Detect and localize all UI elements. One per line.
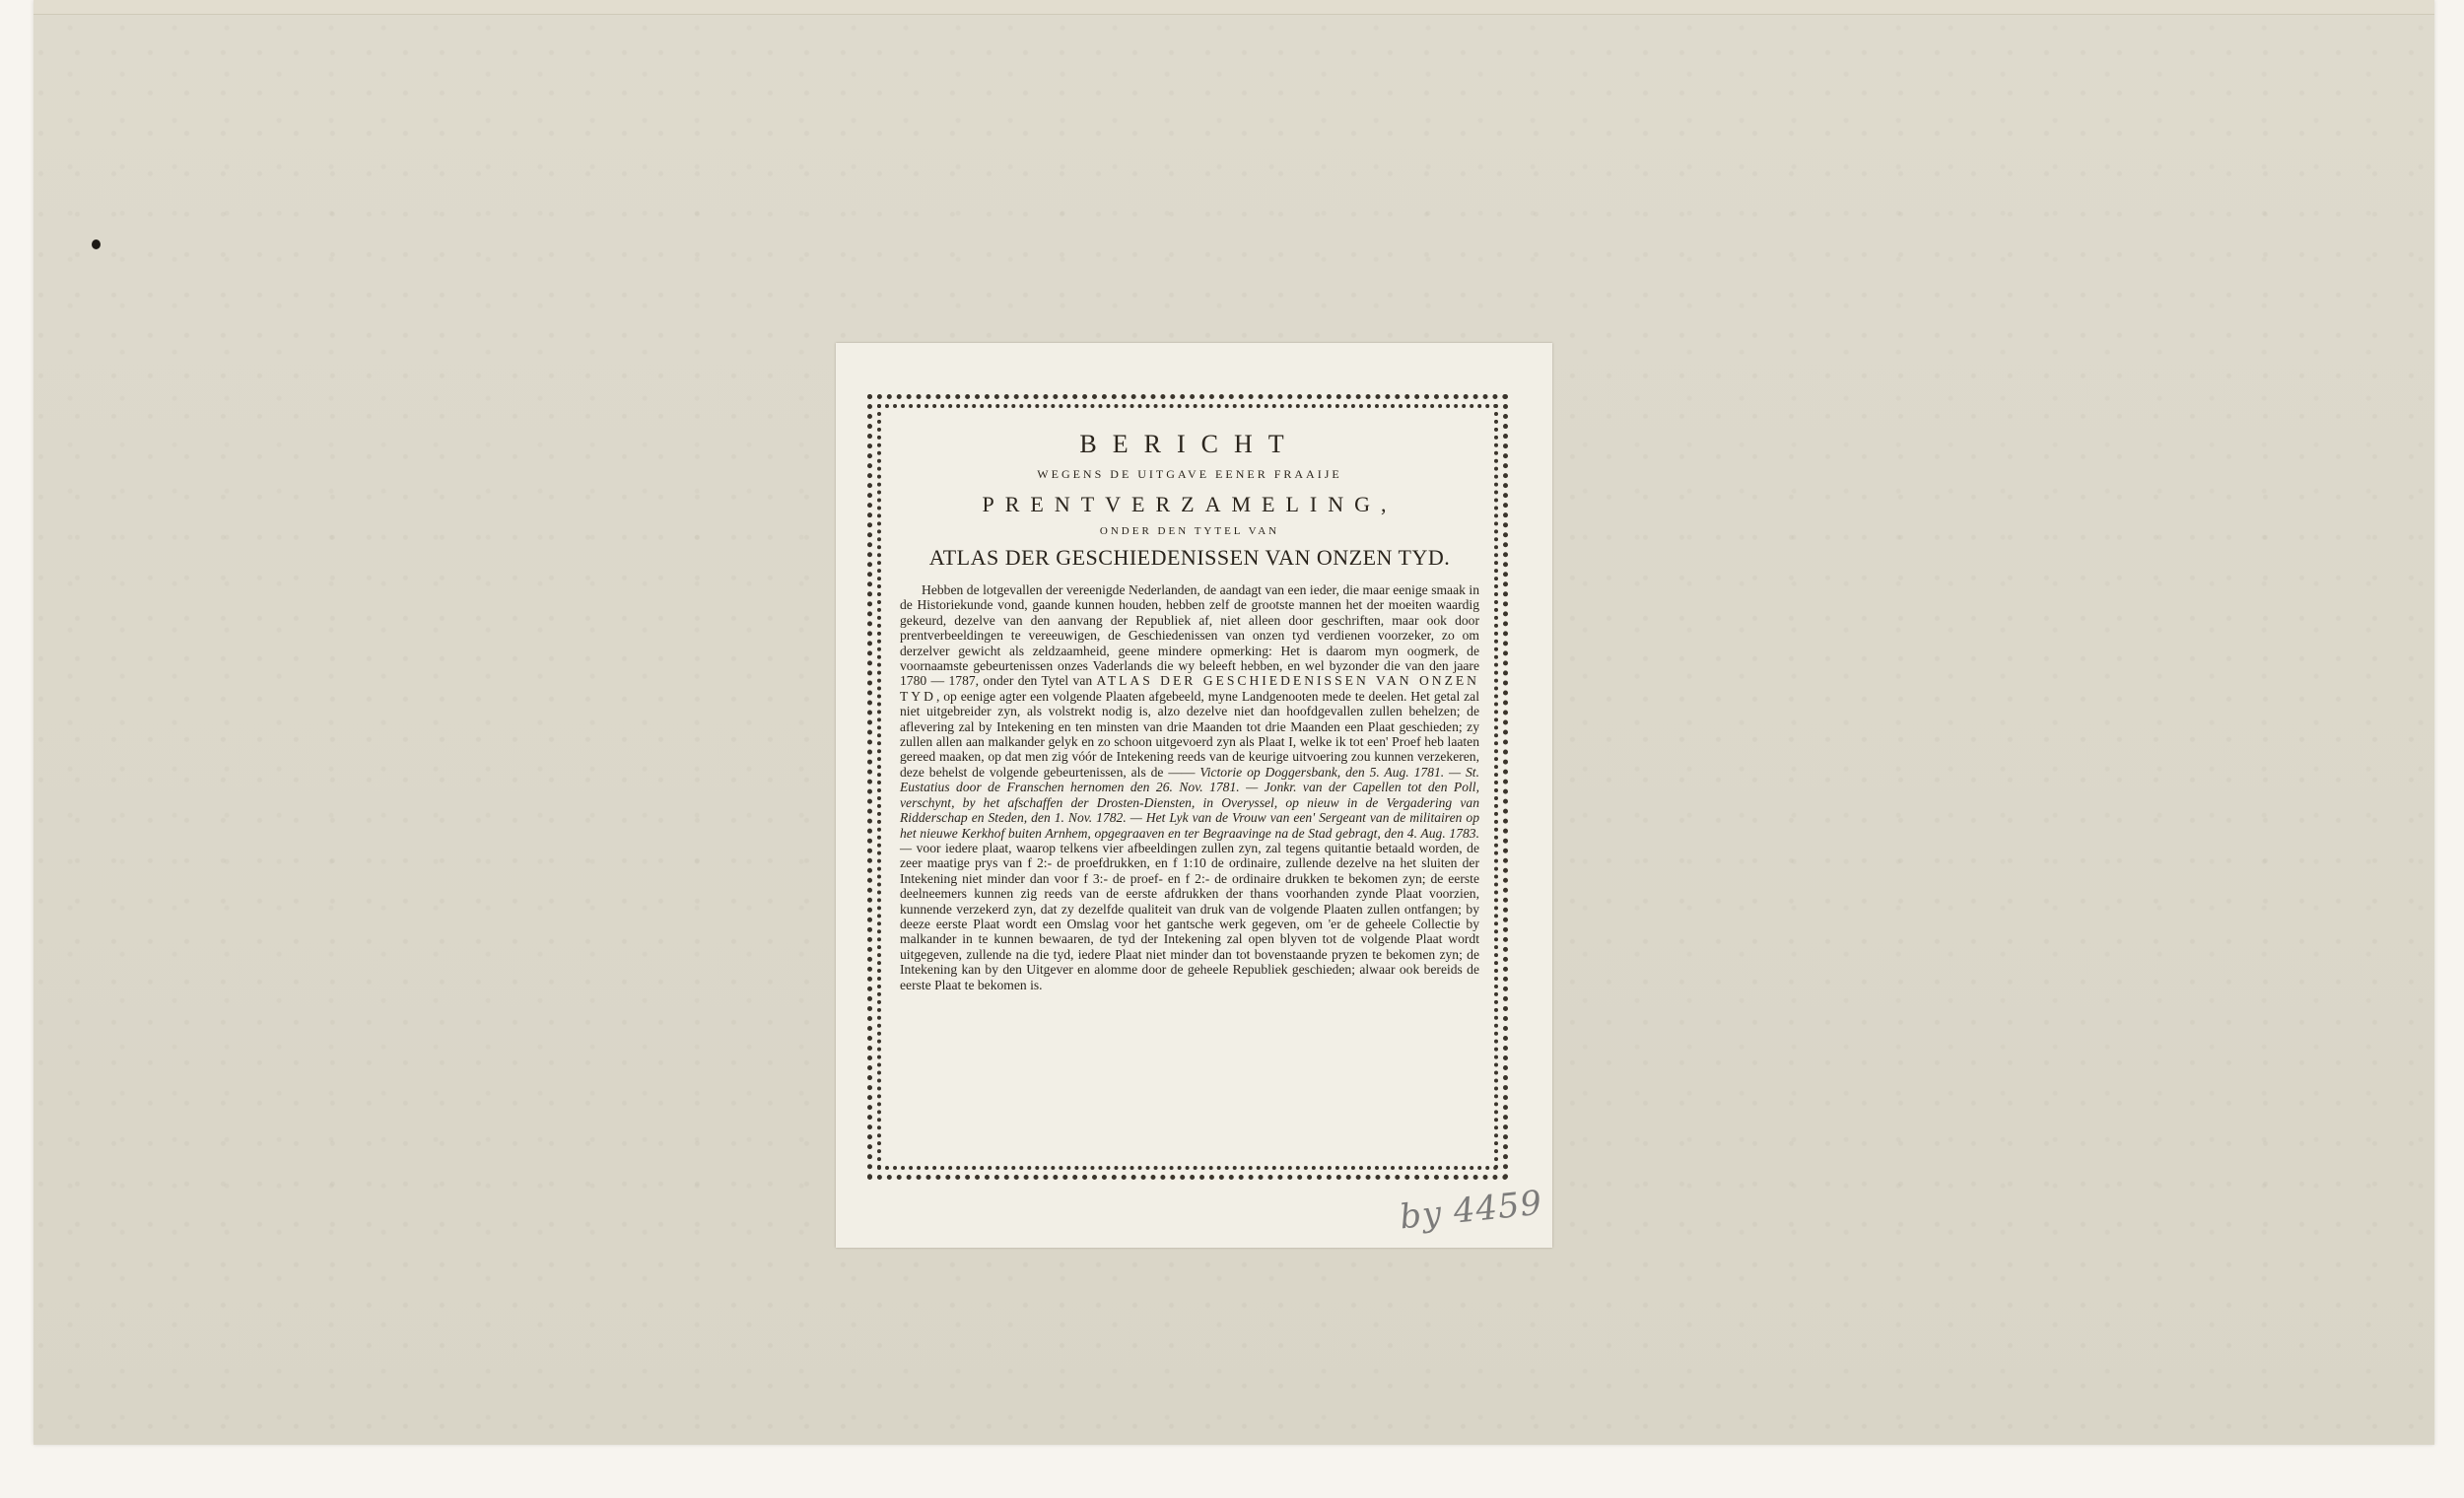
notice-subtitle-4: ATLAS DER GESCHIEDENISSEN VAN ONZEN TYD.	[900, 545, 1479, 571]
notice-body: Hebben de lotgevallen der vereenigde Ned…	[900, 582, 1479, 992]
body-part-1: Hebben de lotgevallen der vereenigde Ned…	[900, 582, 1479, 688]
printed-notice-sheet: BERICHT WEGENS DE UITGAVE EENER FRAAIJE …	[836, 343, 1552, 1248]
body-part-3: voor iedere plaat, waarop telkens vier a…	[900, 841, 1479, 992]
mount-fold-edge	[34, 0, 2434, 15]
ink-speck	[92, 239, 101, 249]
notice-subtitle-1: WEGENS DE UITGAVE EENER FRAAIJE	[900, 467, 1479, 482]
notice-subtitle-2: PRENTVERZAMELING,	[900, 492, 1479, 517]
notice-content: BERICHT WEGENS DE UITGAVE EENER FRAAIJE …	[900, 430, 1479, 992]
notice-subtitle-3: ONDER DEN TYTEL VAN	[900, 525, 1479, 537]
notice-title: BERICHT	[900, 430, 1479, 459]
